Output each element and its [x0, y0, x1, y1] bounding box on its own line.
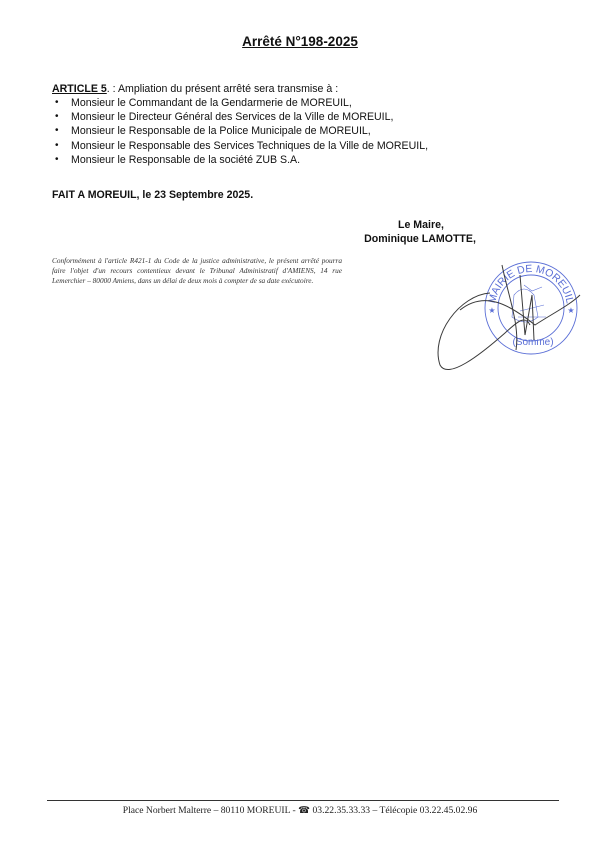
phone-icon: ☎ [298, 805, 310, 816]
official-stamp-and-signature: MAIRIE DE MOREUIL (Somme) ★ ★ [430, 255, 590, 380]
list-item: •Monsieur le Commandant de la Gendarmeri… [52, 96, 428, 110]
recipient-text: Monsieur le Responsable de la Police Mun… [71, 125, 371, 137]
article-heading: ARTICLE 5. : Ampliation du présent arrêt… [52, 82, 428, 96]
svg-text:★: ★ [567, 306, 574, 315]
signer-block: Le Maire, Dominique LAMOTTE, [360, 218, 480, 246]
footer-contact: Place Norbert Malterre – 80110 MOREUIL -… [0, 805, 600, 816]
bullet-icon: • [55, 96, 59, 110]
article-5: ARTICLE 5. : Ampliation du présent arrêt… [52, 82, 428, 167]
svg-text:★: ★ [488, 306, 495, 315]
bullet-icon: • [55, 110, 59, 124]
signed-at-line: FAIT A MOREUIL, le 23 Septembre 2025. [52, 189, 253, 201]
bullet-icon: • [55, 153, 59, 167]
bullet-icon: • [55, 124, 59, 138]
list-item: •Monsieur le Responsable des Services Te… [52, 139, 428, 153]
footer-phone: 03.22.35.33.33 – Télécopie 03.22.45.02.9… [310, 805, 477, 816]
signer-name: Dominique LAMOTTE, [360, 232, 480, 246]
footer-divider [47, 800, 559, 801]
list-item: •Monsieur le Responsable de la société Z… [52, 153, 428, 167]
legal-notice: Conformément à l'article R421-1 du Code … [52, 256, 342, 287]
list-item: •Monsieur le Responsable de la Police Mu… [52, 124, 428, 138]
signer-role: Le Maire, [360, 218, 480, 232]
article-label: ARTICLE 5 [52, 83, 107, 95]
stamp-icon: MAIRIE DE MOREUIL (Somme) ★ ★ [430, 255, 590, 380]
document-title: Arrêté N°198-2025 [0, 34, 600, 49]
recipient-text: Monsieur le Commandant de la Gendarmerie… [71, 97, 352, 109]
footer-address: Place Norbert Malterre – 80110 MOREUIL - [123, 805, 298, 816]
document-title-text: Arrêté N°198-2025 [242, 34, 358, 49]
recipient-text: Monsieur le Responsable de la société ZU… [71, 154, 300, 166]
recipient-text: Monsieur le Responsable des Services Tec… [71, 140, 428, 152]
list-item: •Monsieur le Directeur Général des Servi… [52, 110, 428, 124]
article-intro: . : Ampliation du présent arrêté sera tr… [107, 83, 338, 95]
bullet-icon: • [55, 139, 59, 153]
recipients-list: •Monsieur le Commandant de la Gendarmeri… [52, 96, 428, 167]
recipient-text: Monsieur le Directeur Général des Servic… [71, 111, 393, 123]
stamp-bottom-text: (Somme) [512, 337, 553, 348]
